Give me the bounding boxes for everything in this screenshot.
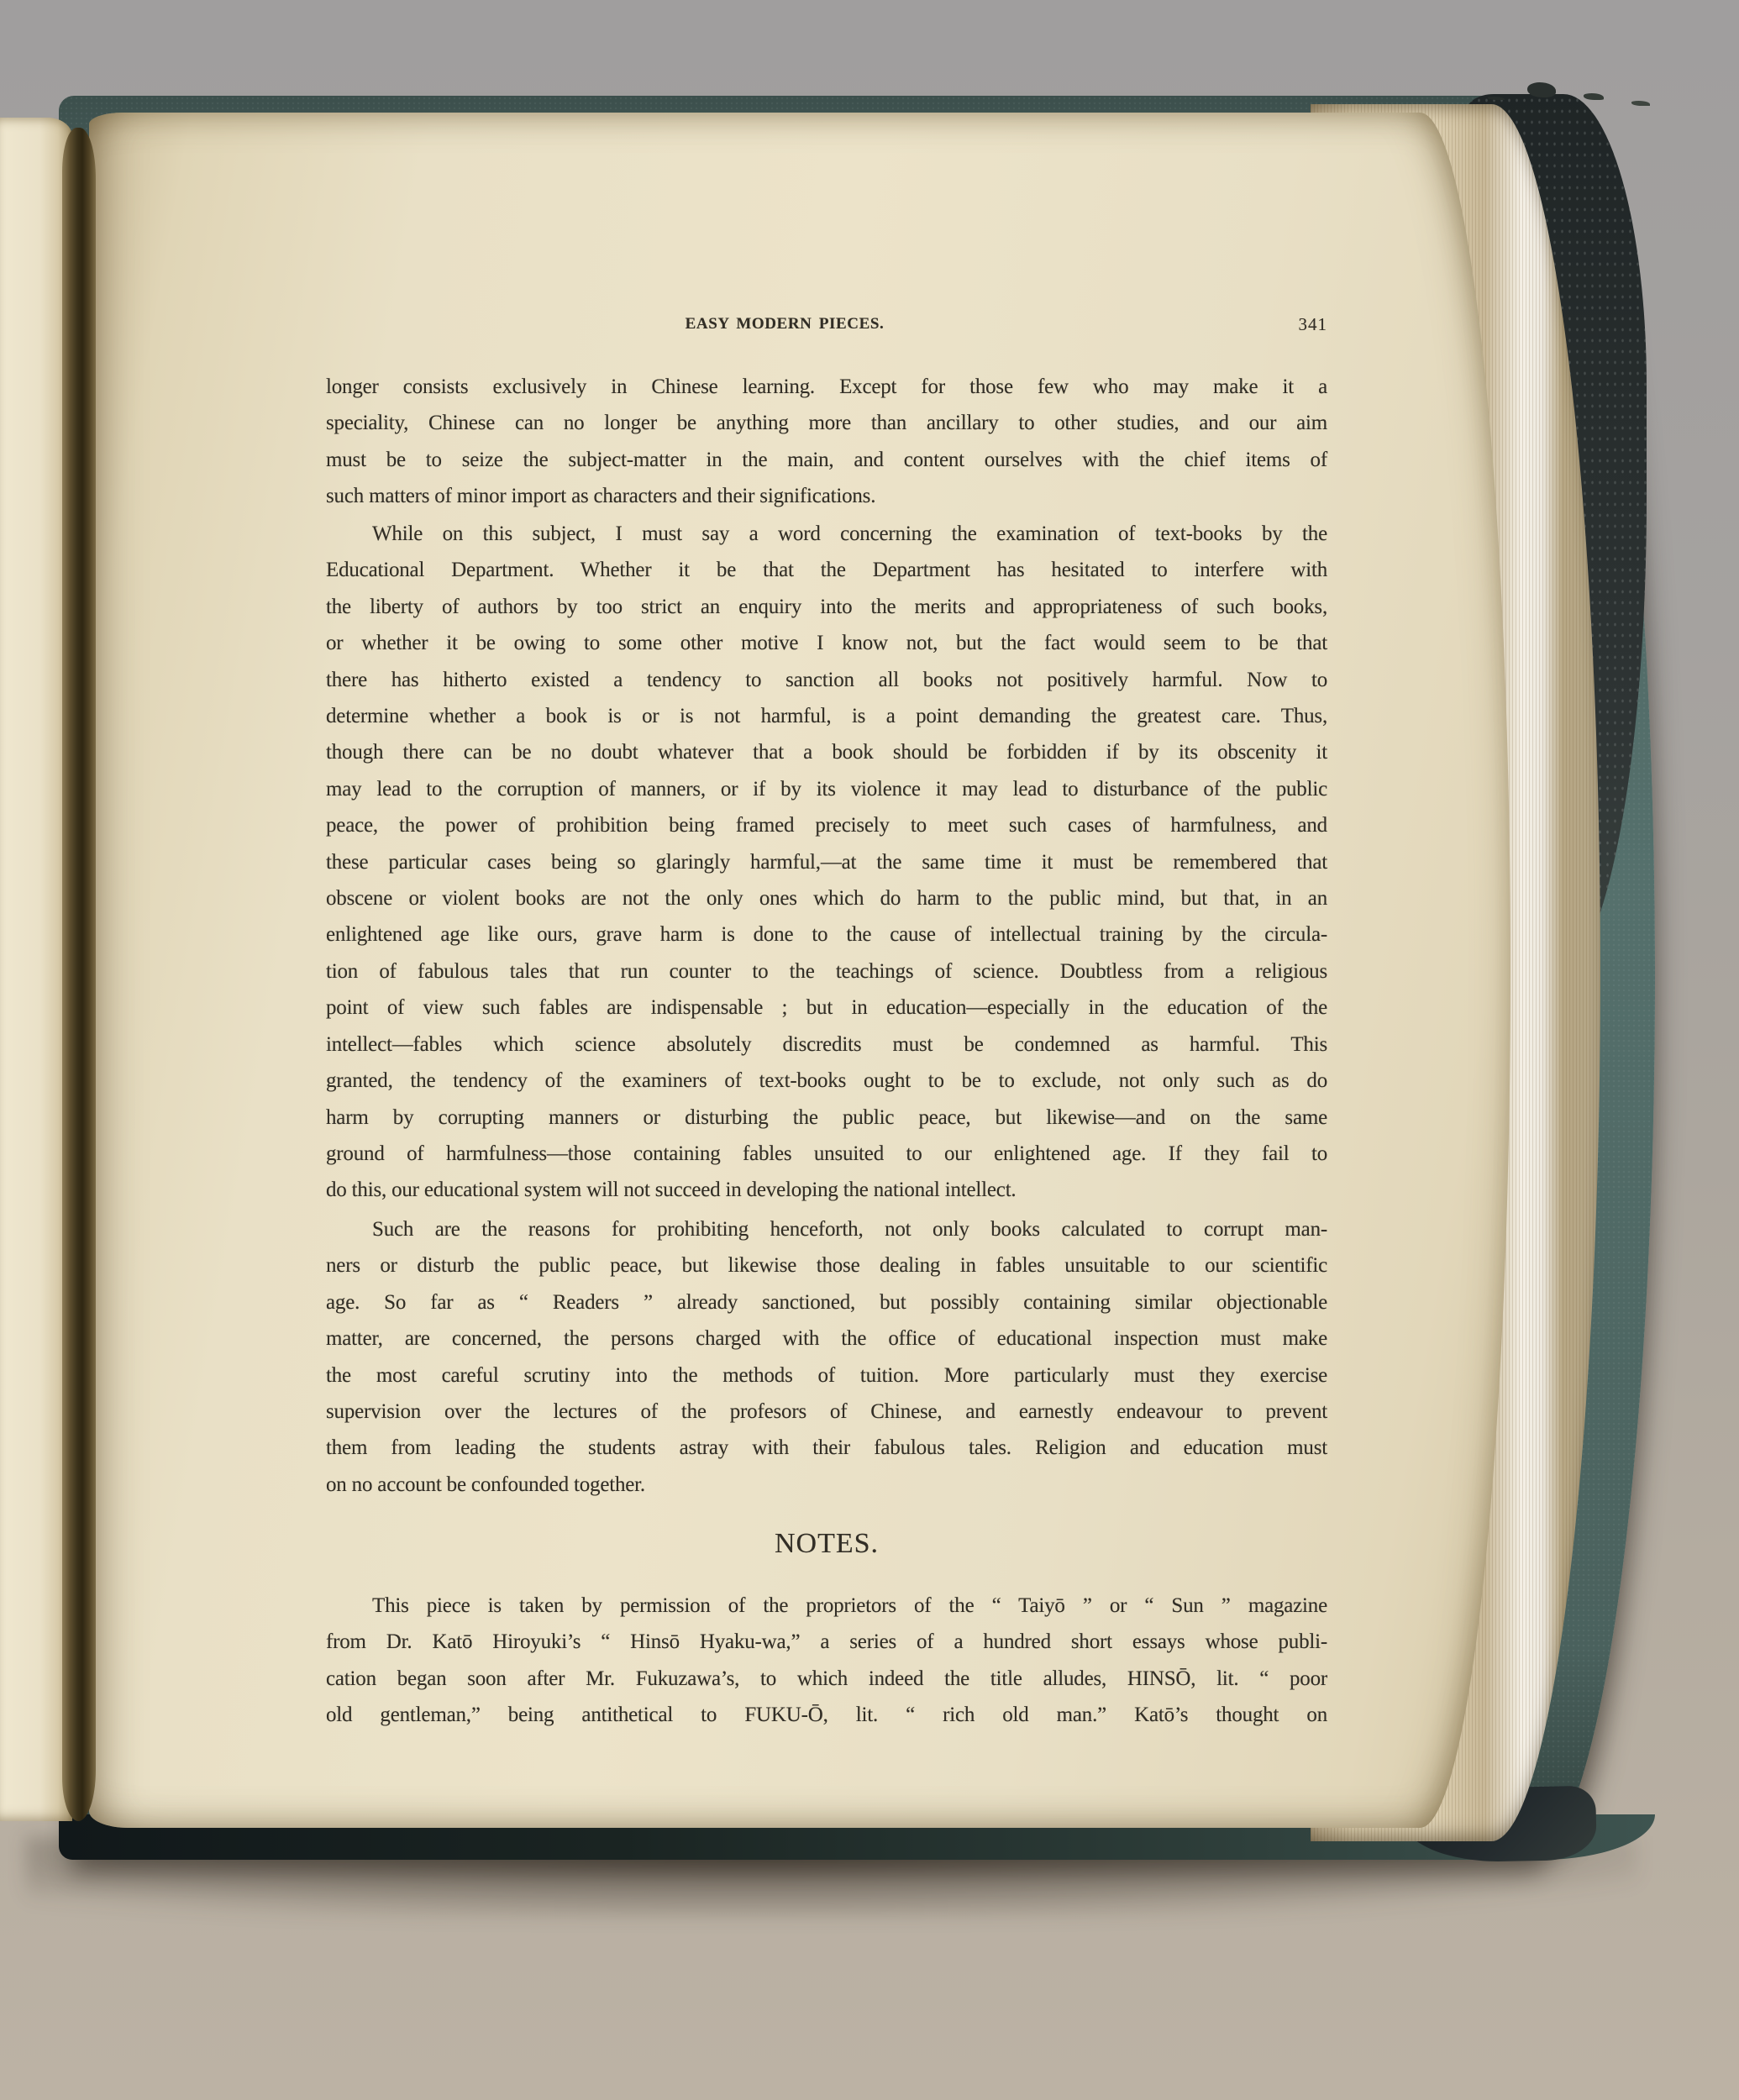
text-line: supervision over the lectures of the pro… bbox=[326, 1394, 1327, 1430]
book-gutter bbox=[62, 128, 96, 1821]
text-line: these particular cases being so glaringl… bbox=[326, 844, 1327, 880]
text-line: on no account be confounded together. bbox=[326, 1467, 1327, 1503]
text-line: enlightened age like ours, grave harm is… bbox=[326, 916, 1327, 953]
text-line: old gentleman,” being antithetical to FU… bbox=[326, 1697, 1327, 1733]
paragraph-continuation: longer consists exclusively in Chinese l… bbox=[326, 369, 1327, 515]
text-line: longer consists exclusively in Chinese l… bbox=[326, 369, 1327, 405]
text-line: Educational Department. Whether it be th… bbox=[326, 552, 1327, 588]
text-line: point of view such fables are indispensa… bbox=[326, 990, 1327, 1026]
paragraph-examination-of-textbooks: While on this subject, I must say a word… bbox=[326, 516, 1327, 1209]
text-line: there has hitherto existed a tendency to… bbox=[326, 662, 1327, 698]
page-number: 341 bbox=[1299, 311, 1328, 338]
text-line: harm by corrupting manners or disturbing… bbox=[326, 1100, 1327, 1136]
running-header: EASY MODERN PIECES. bbox=[326, 311, 1243, 338]
text-line: determine whether a book is or is not ha… bbox=[326, 698, 1327, 734]
text-line: do this, our educational system will not… bbox=[326, 1172, 1327, 1208]
text-line: from Dr. Katō Hiroyuki’s “ Hinsō Hyaku-w… bbox=[326, 1624, 1327, 1660]
text-line: such matters of minor import as characte… bbox=[326, 478, 1327, 514]
text-line: matter, are concerned, the persons charg… bbox=[326, 1320, 1327, 1357]
text-line: peace, the power of prohibition being fr… bbox=[326, 807, 1327, 843]
text-line: or whether it be owing to some other mot… bbox=[326, 625, 1327, 661]
text-line: the liberty of authors by too strict an … bbox=[326, 589, 1327, 625]
photo-background: EASY MODERN PIECES. 341 longer consists … bbox=[0, 0, 1739, 2100]
text-line: speciality, Chinese can no longer be any… bbox=[326, 405, 1327, 441]
text-line: obscene or violent books are not the onl… bbox=[326, 880, 1327, 916]
text-line: them from leading the students astray wi… bbox=[326, 1430, 1327, 1466]
notes-paragraph: This piece is taken by permission of the… bbox=[326, 1588, 1327, 1734]
text-line: intellect—fables which science absolutel… bbox=[326, 1026, 1327, 1063]
text-line: cation began soon after Mr. Fukuzawa’s, … bbox=[326, 1661, 1327, 1697]
text-line: may lead to the corruption of manners, o… bbox=[326, 771, 1327, 807]
text-line: ners or disturb the public peace, but li… bbox=[326, 1247, 1327, 1284]
page-header-row: EASY MODERN PIECES. 341 bbox=[326, 311, 1327, 338]
notes-heading: NOTES. bbox=[326, 1526, 1327, 1562]
text-line: the most careful scrutiny into the metho… bbox=[326, 1357, 1327, 1394]
text-line: though there can be no doubt whatever th… bbox=[326, 734, 1327, 770]
text-line: Such are the reasons for prohibiting hen… bbox=[326, 1211, 1327, 1247]
text-line: While on this subject, I must say a word… bbox=[326, 516, 1327, 552]
text-line: ground of harmfulness—those containing f… bbox=[326, 1136, 1327, 1172]
text-line: tion of fabulous tales that run counter … bbox=[326, 953, 1327, 990]
text-line: This piece is taken by permission of the… bbox=[326, 1588, 1327, 1624]
paragraph-reasons-for-prohibiting: Such are the reasons for prohibiting hen… bbox=[326, 1211, 1327, 1503]
text-line: granted, the tendency of the examiners o… bbox=[326, 1063, 1327, 1099]
page-text-area: EASY MODERN PIECES. 341 longer consists … bbox=[326, 113, 1327, 1828]
book-page: EASY MODERN PIECES. 341 longer consists … bbox=[89, 113, 1510, 1828]
text-line: age. So far as “ Readers ” already sanct… bbox=[326, 1284, 1327, 1320]
text-line: must be to seize the subject-matter in t… bbox=[326, 442, 1327, 478]
